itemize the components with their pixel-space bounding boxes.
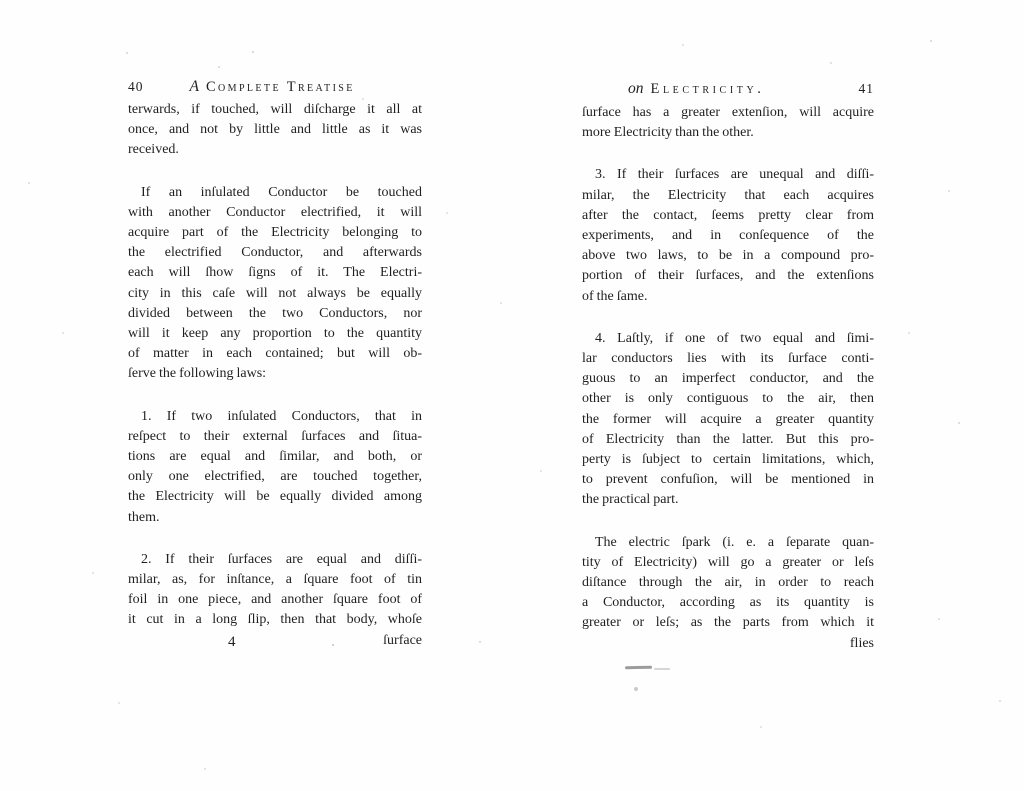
text-line: guous to an imperfect conductor, and the bbox=[582, 369, 874, 389]
text-line: If an inſulated Conductor be touched bbox=[128, 183, 422, 203]
paragraph: 3. If their ſurfaces are unequal and diſ… bbox=[582, 165, 874, 306]
left-header-lead-italic: A bbox=[190, 78, 199, 95]
paragraph: If an inſulated Conductor be touchedwith… bbox=[128, 183, 422, 385]
paragraph: 1. If two inſulated Conductors, that inr… bbox=[128, 407, 422, 528]
book-scan: { "document": { "ink_color": "#1f1f1f", … bbox=[0, 0, 1024, 791]
text-line: it cut in a long ſlip, then that body, w… bbox=[128, 610, 422, 630]
text-line: of matter in each contained; but will ob… bbox=[128, 344, 422, 364]
text-line: ſerve the following laws: bbox=[128, 364, 422, 384]
text-line: milar, the Electricity that each acquire… bbox=[582, 186, 874, 206]
text-line: perty is ſubject to certain limitations,… bbox=[582, 450, 874, 470]
text-line: after the contact, ſeems pretty clear fr… bbox=[582, 206, 874, 226]
scan-smudge bbox=[625, 666, 652, 669]
text-line: 3. If their ſurfaces are unequal and diſ… bbox=[582, 165, 874, 185]
left-page: 40 A Complete Treatise terwards, if touc… bbox=[128, 78, 422, 651]
text-line: The electric ſpark (i. e. a ſeparate qua… bbox=[582, 533, 874, 553]
left-catchword: ſurface bbox=[383, 631, 422, 651]
text-line: tity of Electricity) will go a greater o… bbox=[582, 553, 874, 573]
text-line: the electrified Conductor, and afterward… bbox=[128, 243, 422, 263]
text-line: city in this caſe will not always be equ… bbox=[128, 284, 422, 304]
scan-smudge-tail bbox=[654, 668, 670, 670]
paragraph: ſurface has a greater extenſion, will ac… bbox=[582, 103, 874, 143]
text-line: with another Conductor electrified, it w… bbox=[128, 203, 422, 223]
right-header-title: Electricity. bbox=[651, 81, 765, 98]
paragraph: 4. Laſtly, if one of two equal and ſimi-… bbox=[582, 329, 874, 511]
text-line: ſurface has a greater extenſion, will ac… bbox=[582, 103, 874, 123]
text-line: will it keep any proportion to the quant… bbox=[128, 324, 422, 344]
text-line: other is only contiguous to the air, the… bbox=[582, 389, 874, 409]
right-page: on Electricity. 41 ſurface has a greater… bbox=[582, 80, 874, 654]
text-line: 2. If their ſurfaces are equal and diſſi… bbox=[128, 550, 422, 570]
text-line: lar conductors lies with its ſurface con… bbox=[582, 349, 874, 369]
paragraph: The electric ſpark (i. e. a ſeparate qua… bbox=[582, 533, 874, 634]
text-line: above two laws, to be in a compound pro- bbox=[582, 246, 874, 266]
right-page-body: ſurface has a greater extenſion, will ac… bbox=[582, 103, 874, 634]
text-line: the Electricity will be equally divided … bbox=[128, 487, 422, 507]
right-page-footer: flies bbox=[582, 634, 874, 654]
text-line: tions are equal and ſimilar, and both, o… bbox=[128, 447, 422, 467]
text-line: reſpect to their external ſurfaces and ſ… bbox=[128, 427, 422, 447]
text-line: divided between the two Conductors, nor bbox=[128, 304, 422, 324]
text-line: of the ſame. bbox=[582, 287, 874, 307]
text-line: each will ſhow ſigns of it. The Electri- bbox=[128, 263, 422, 283]
paragraph: terwards, if touched, will diſcharge it … bbox=[128, 100, 422, 161]
text-line: to prevent confuſion, will be mentioned … bbox=[582, 470, 874, 490]
text-line: milar, as, for inſtance, a ſquare foot o… bbox=[128, 570, 422, 590]
text-line: acquire part of the Electricity belongin… bbox=[128, 223, 422, 243]
text-line: terwards, if touched, will diſcharge it … bbox=[128, 100, 422, 120]
right-header-lead-italic: on bbox=[628, 80, 644, 97]
text-line: portion of their ſurfaces, and the exten… bbox=[582, 266, 874, 286]
right-catchword: flies bbox=[850, 634, 874, 654]
text-line: of Electricity than the latter. But this… bbox=[582, 430, 874, 450]
text-line: greater or leſs; as the parts from which… bbox=[582, 613, 874, 633]
text-line: 1. If two inſulated Conductors, that in bbox=[128, 407, 422, 427]
right-page-number: 41 bbox=[859, 80, 875, 97]
signature-mark: 4 bbox=[228, 632, 236, 652]
text-line: them. bbox=[128, 508, 422, 528]
text-line: the practical part. bbox=[582, 490, 874, 510]
right-running-header: on Electricity. 41 bbox=[582, 80, 874, 97]
scan-speckle-noise bbox=[0, 0, 2, 2]
left-page-body: terwards, if touched, will diſcharge it … bbox=[128, 100, 422, 631]
text-line: once, and not by little and little as it… bbox=[128, 120, 422, 140]
text-line: a Conductor, according as its quantity i… bbox=[582, 593, 874, 613]
left-running-header: 40 A Complete Treatise bbox=[128, 78, 422, 95]
text-line: foil in one piece, and another ſquare fo… bbox=[128, 590, 422, 610]
left-page-footer: 4 ſurface bbox=[128, 631, 422, 651]
left-header-title: Complete Treatise bbox=[206, 79, 355, 96]
text-line: only one electrified, are touched togeth… bbox=[128, 467, 422, 487]
left-page-number: 40 bbox=[128, 78, 144, 95]
text-line: more Electricity than the other. bbox=[582, 123, 874, 143]
text-line: the former will acquire a greater quanti… bbox=[582, 410, 874, 430]
text-line: diſtance through the air, in order to re… bbox=[582, 573, 874, 593]
text-line: received. bbox=[128, 140, 422, 160]
paragraph: 2. If their ſurfaces are equal and diſſi… bbox=[128, 550, 422, 631]
text-line: experiments, and in conſequence of the bbox=[582, 226, 874, 246]
text-line: 4. Laſtly, if one of two equal and ſimi- bbox=[582, 329, 874, 349]
